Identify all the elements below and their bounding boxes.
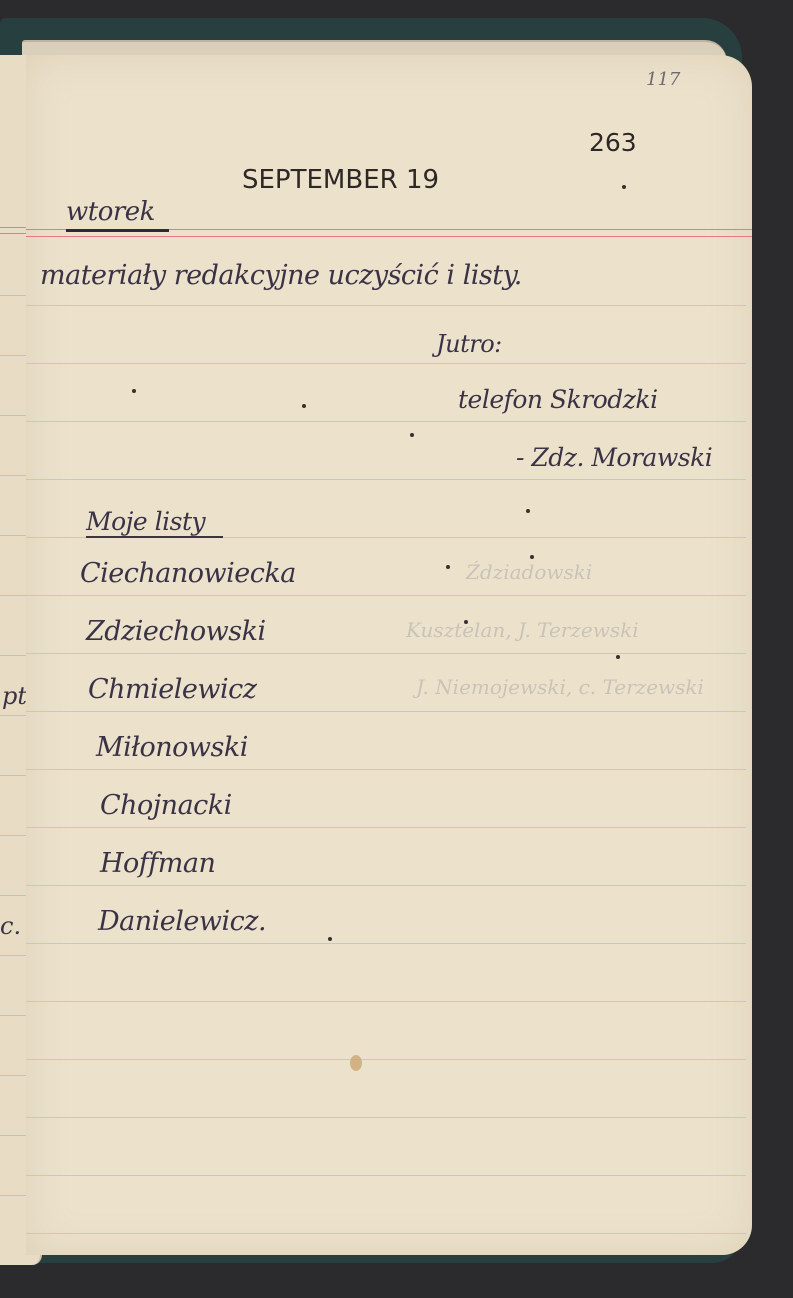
page-number: 263	[589, 128, 637, 157]
entry-line: materiały redakcyjne uczyścić i listy.	[40, 260, 522, 291]
bleed-through-text: J. Niemojewski, c. Terzewski	[416, 675, 704, 699]
bleed-through-text: Ździadowski	[466, 560, 592, 584]
previous-page-fragment: c.	[0, 912, 21, 940]
bleed-through-text: Kusztelan, J. Terzewski	[406, 618, 639, 642]
letter-recipient: Chmielewicz	[88, 674, 256, 705]
tomorrow-heading: Jutro:	[436, 330, 502, 358]
letter-recipient: Hoffman	[100, 848, 215, 879]
letter-recipient: Danielewicz.	[98, 906, 266, 937]
printed-date: SEPTEMBER 19	[242, 165, 439, 195]
day-of-week: wtorek	[66, 197, 169, 232]
tomorrow-item: telefon Skrodzki	[458, 385, 658, 414]
letters-heading: Moje listy	[86, 507, 223, 538]
previous-page-fragment: pt	[2, 682, 27, 710]
diary-page: 117 263 SEPTEMBER 19 wtorek materiały re…	[26, 55, 752, 1255]
letter-recipient: Chojnacki	[100, 790, 232, 821]
tomorrow-item: - Zdz. Morawski	[516, 443, 712, 472]
archive-number: 117	[646, 69, 680, 90]
letter-recipient: Ciechanowiecka	[80, 558, 296, 589]
paper-stain	[350, 1055, 362, 1071]
header-rule	[26, 236, 752, 237]
letter-recipient: Zdziechowski	[86, 616, 266, 647]
letter-recipient: Miłonowski	[96, 732, 248, 763]
